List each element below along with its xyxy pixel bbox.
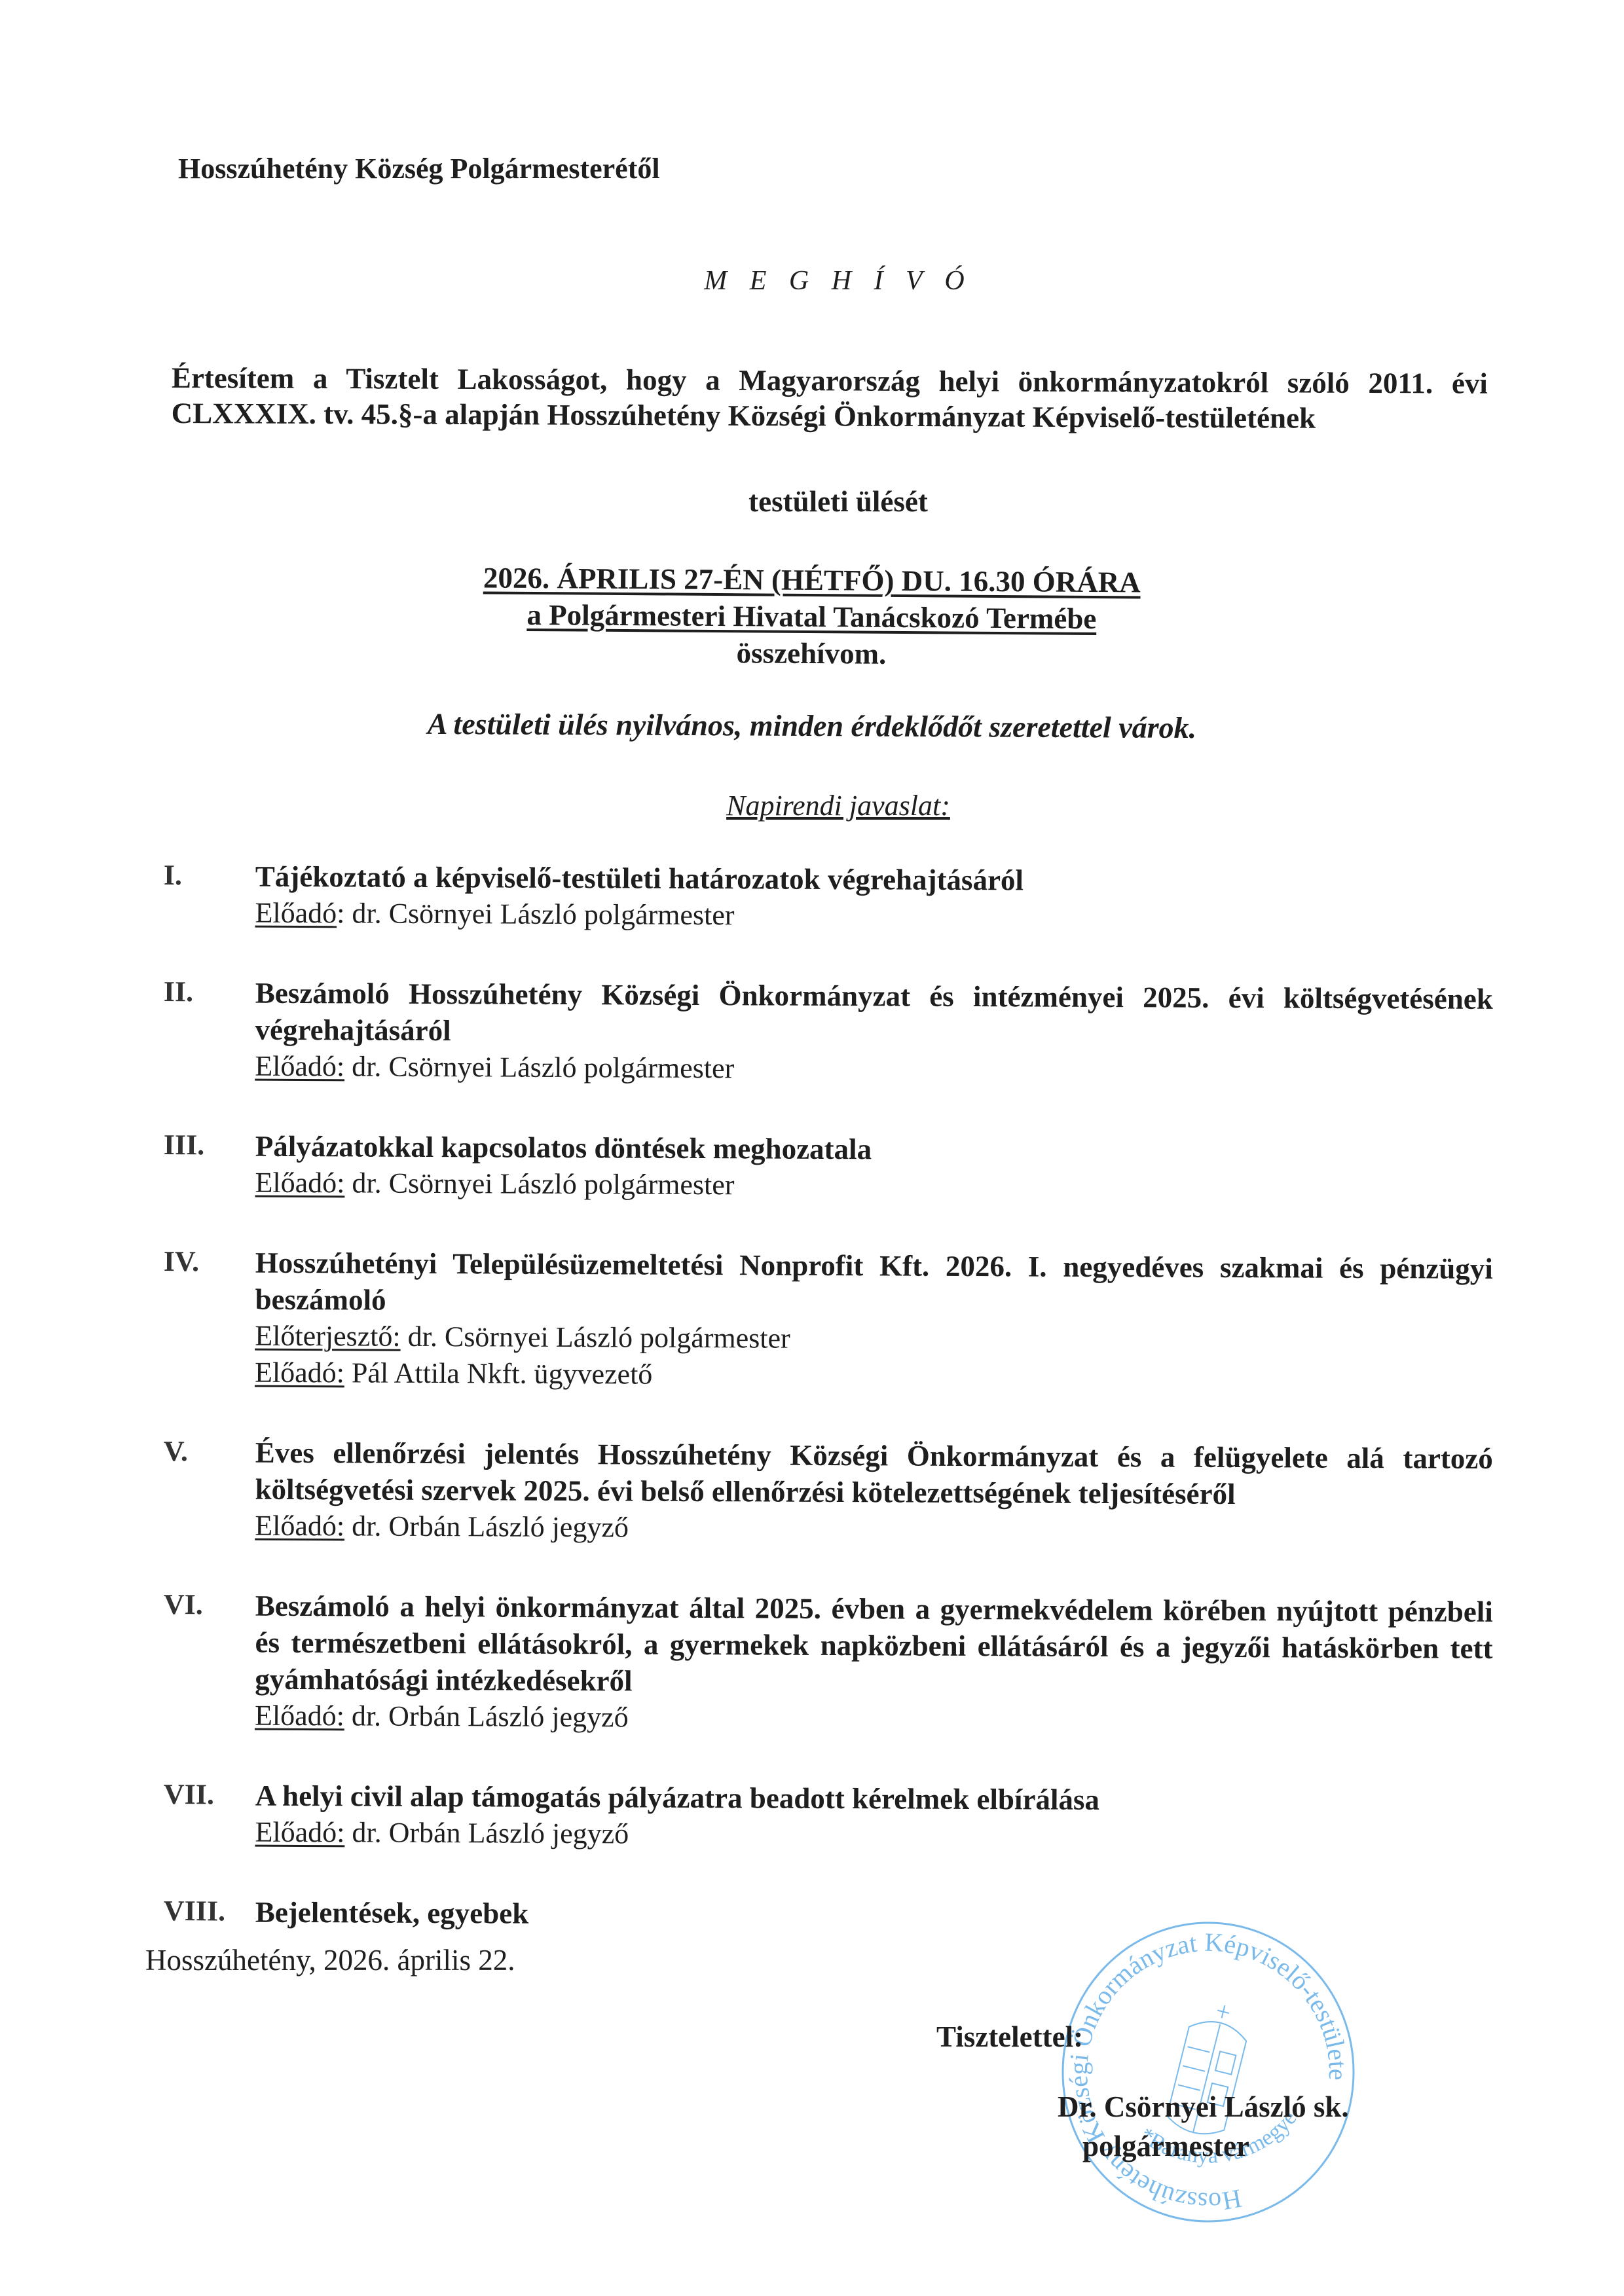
agenda-item: IV.Hosszúhetényi Településüzemeltetési N…: [163, 1244, 1493, 1397]
agenda-item-number: V.: [163, 1434, 255, 1544]
agenda-item-topic: Éves ellenőrzési jelentés Hosszúhetény K…: [255, 1434, 1493, 1514]
agenda-list: I.Tájékoztató a képviselő-testületi hatá…: [164, 858, 1493, 1973]
agenda-item-topic: Beszámoló a helyi önkormányzat által 202…: [255, 1588, 1493, 1704]
presenter-name: : dr. Csörnyei László polgármester: [337, 897, 735, 931]
presenter-role: Előadó:: [255, 1167, 344, 1199]
agenda-item-number: II.: [163, 974, 255, 1085]
agenda-item: III.Pályázatokkal kapcsolatos döntések m…: [163, 1127, 1493, 1207]
agenda-item: I.Tájékoztató a képviselő-testületi hatá…: [163, 858, 1493, 938]
presenter-name: dr. Csörnyei László polgármester: [401, 1321, 790, 1355]
agenda-heading: Napirendi javaslat:: [0, 789, 1624, 822]
sender-line: Hosszúhetény Község Polgármesterétől: [178, 152, 660, 185]
agenda-item-presenter: Előterjesztő: dr. Csörnyei László polgár…: [255, 1318, 1492, 1360]
signer-role: polgármester: [1058, 2126, 1349, 2166]
agenda-item-number: VII.: [163, 1777, 255, 1851]
signer-name: Dr. Csörnyei László sk.: [1058, 2090, 1349, 2123]
document-title: M E G H Í V Ó: [0, 265, 1624, 297]
presenter-role: Előadó:: [255, 1700, 344, 1732]
agenda-item-number: IV.: [163, 1244, 255, 1391]
public-note: A testületi ülés nyilvános, minden érdek…: [0, 704, 1624, 748]
presenter-name: dr. Orbán László jegyző: [344, 1510, 629, 1543]
presenter-name: dr. Csörnyei László polgármester: [344, 1167, 734, 1201]
agenda-item-presenter: Előadó: dr. Orbán László jegyző: [255, 1698, 1492, 1740]
agenda-item-number: VI.: [163, 1587, 255, 1734]
agenda-item-topic: Hosszúhetényi Településüzemeltetési Nonp…: [255, 1245, 1493, 1324]
agenda-item-presenter: Előadó: Pál Attila Nkft. ügyvezető: [255, 1355, 1492, 1397]
intro-paragraph: Értesítem a Tisztelt Lakosságot, hogy a …: [172, 360, 1488, 437]
presenter-name: dr. Orbán László jegyző: [344, 1700, 629, 1733]
agenda-item-presenter: Előadó: dr. Csörnyei László polgármester: [255, 895, 1492, 938]
agenda-item: VII.A helyi civil alap támogatás pályáza…: [163, 1777, 1493, 1857]
closing-regards: Tisztelettel:: [936, 2020, 1083, 2054]
presenter-role: Előadó:: [255, 1357, 344, 1389]
agenda-item-presenter: Előadó: dr. Orbán László jegyző: [255, 1508, 1492, 1550]
agenda-item-number: VIII.: [164, 1893, 255, 1931]
meeting-details: 2026. ÁPRILIS 27-ÉN (HÉTFŐ) DU. 16.30 ÓR…: [0, 556, 1624, 677]
presenter-role: Előadó:: [255, 1050, 344, 1083]
presenter-role: Előadó:: [255, 1510, 344, 1542]
presenter-name: dr. Csörnyei László polgármester: [344, 1050, 734, 1084]
agenda-item-topic: Tájékoztató a képviselő-testületi határo…: [255, 858, 1493, 901]
session-label: testületi ülését: [0, 484, 1624, 519]
agenda-item-presenter: Előadó: dr. Csörnyei László polgármester: [255, 1048, 1492, 1091]
agenda-item-presenter: Előadó: dr. Orbán László jegyző: [255, 1814, 1492, 1857]
agenda-item-presenter: Előadó: dr. Csörnyei László polgármester: [255, 1165, 1492, 1207]
agenda-item: VIII.Bejelentések, egyebek: [164, 1893, 1493, 1937]
presenter-role: Előadó: [255, 897, 337, 930]
agenda-item: V.Éves ellenőrzési jelentés Hosszúhetény…: [163, 1434, 1493, 1550]
meeting-datetime: 2026. ÁPRILIS 27-ÉN (HÉTFŐ) DU. 16.30 ÓR…: [483, 561, 1141, 598]
presenter-name: dr. Orbán László jegyző: [344, 1816, 629, 1850]
signature-block: Dr. Csörnyei László sk. polgármester: [1058, 2087, 1349, 2166]
presenter-name: Pál Attila Nkft. ügyvezető: [344, 1357, 653, 1390]
presenter-role: Előterjesztő:: [255, 1320, 401, 1353]
invitation-document: Hosszúhetény Község Polgármesterétől M E…: [0, 0, 1624, 2296]
agenda-item-number: III.: [163, 1127, 255, 1201]
agenda-item-topic: Bejelentések, egyebek: [255, 1894, 1493, 1937]
agenda-item-topic: Beszámoló Hosszúhetény Községi Önkormány…: [255, 975, 1493, 1054]
agenda-item: II.Beszámoló Hosszúhetény Községi Önkorm…: [163, 974, 1493, 1091]
agenda-item-topic: Pályázatokkal kapcsolatos döntések megho…: [255, 1128, 1493, 1171]
meeting-location: a Polgármesteri Hivatal Tanácskozó Termé…: [526, 598, 1096, 635]
agenda-item-number: I.: [163, 858, 255, 932]
presenter-role: Előadó:: [255, 1816, 344, 1849]
agenda-item: VI.Beszámoló a helyi önkormányzat által …: [163, 1587, 1493, 1740]
place-date: Hosszúhetény, 2026. április 22.: [145, 1943, 515, 1977]
agenda-item-topic: A helyi civil alap támogatás pályázatra …: [255, 1777, 1493, 1820]
